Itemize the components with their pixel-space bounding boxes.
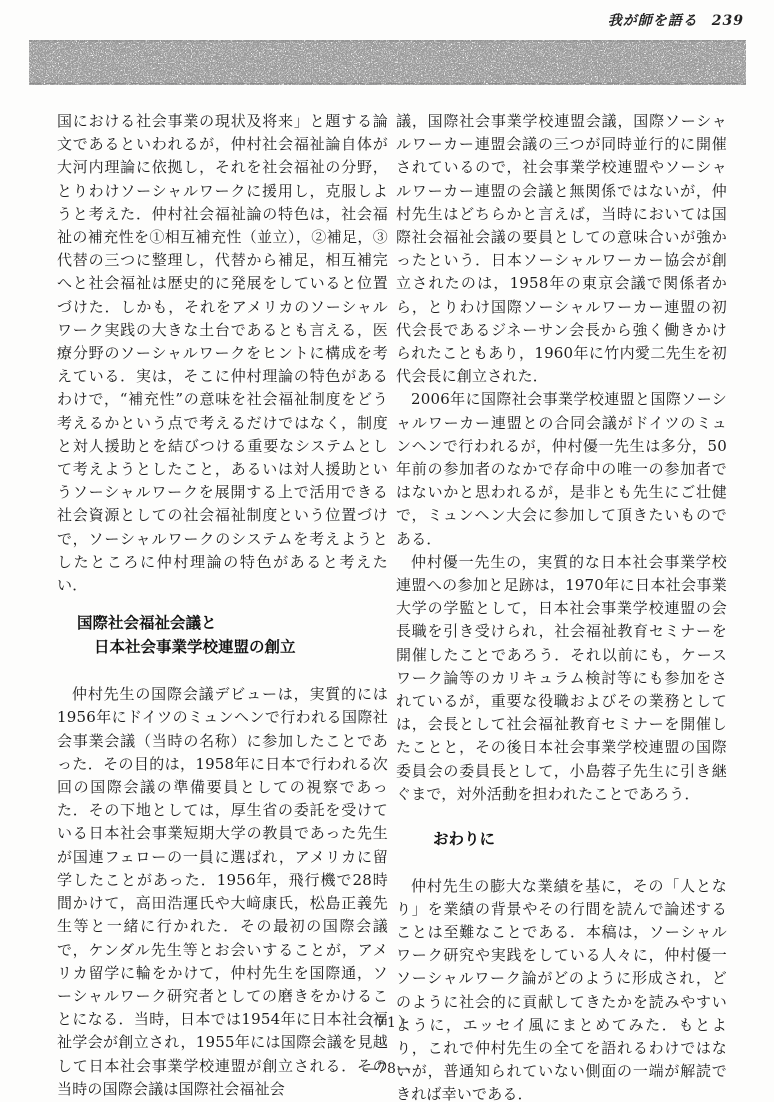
section-heading-line1: 国際社会福祉会議と (57, 612, 388, 636)
section-heading-line2: 日本社会事業学校連盟の創立 (57, 636, 388, 660)
section-heading-international-conference: 国際社会福祉会議と 日本社会事業学校連盟の創立 (57, 612, 388, 659)
running-header: 我が師を語る239 (608, 10, 744, 30)
left-column: 国における社会事業の現状及将来」と題する論文であるといわれるが，仲村社会福祉論自… (57, 110, 388, 1101)
closing-section-heading: おわりに (396, 828, 727, 852)
footer-page-number: —78— (0, 1061, 774, 1077)
paragraph-munich-2006: 2006年に国際社会事業学校連盟と国際ソーシャルワーカー連盟との合同会議がドイツ… (396, 388, 727, 550)
noise-texture-graphic (29, 40, 746, 85)
decorative-scan-texture (29, 40, 746, 85)
header-page-number: 239 (712, 13, 744, 29)
footer-volume-number: （71） (0, 1012, 774, 1032)
paragraph-nakamura-theory: 国における社会事業の現状及将来」と題する論文であるといわれるが，仲村社会福祉論自… (57, 110, 388, 597)
paragraph-school-federation-footprint: 仲村優一先生の，実質的な日本社会事業学校連盟への参加と足跡は，1970年に日本社… (396, 551, 727, 806)
paragraph-three-conferences: 議，国際社会事業学校連盟会議，国際ソーシャルワーカー連盟会議の三つが同時並行的に… (396, 110, 727, 388)
journal-page: 我が師を語る239 国における社会事業の現状及将来」と題する論文であるといわれる… (0, 0, 774, 1102)
running-title: 我が師を語る (608, 13, 698, 29)
right-column: 議，国際社会事業学校連盟会議，国際ソーシャルワーカー連盟会議の三つが同時並行的に… (396, 110, 727, 1102)
paragraph-international-debut: 仲村先生の国際会議デビューは，実質的には1956年にドイツのミュンヘンで行われる… (57, 683, 388, 1101)
